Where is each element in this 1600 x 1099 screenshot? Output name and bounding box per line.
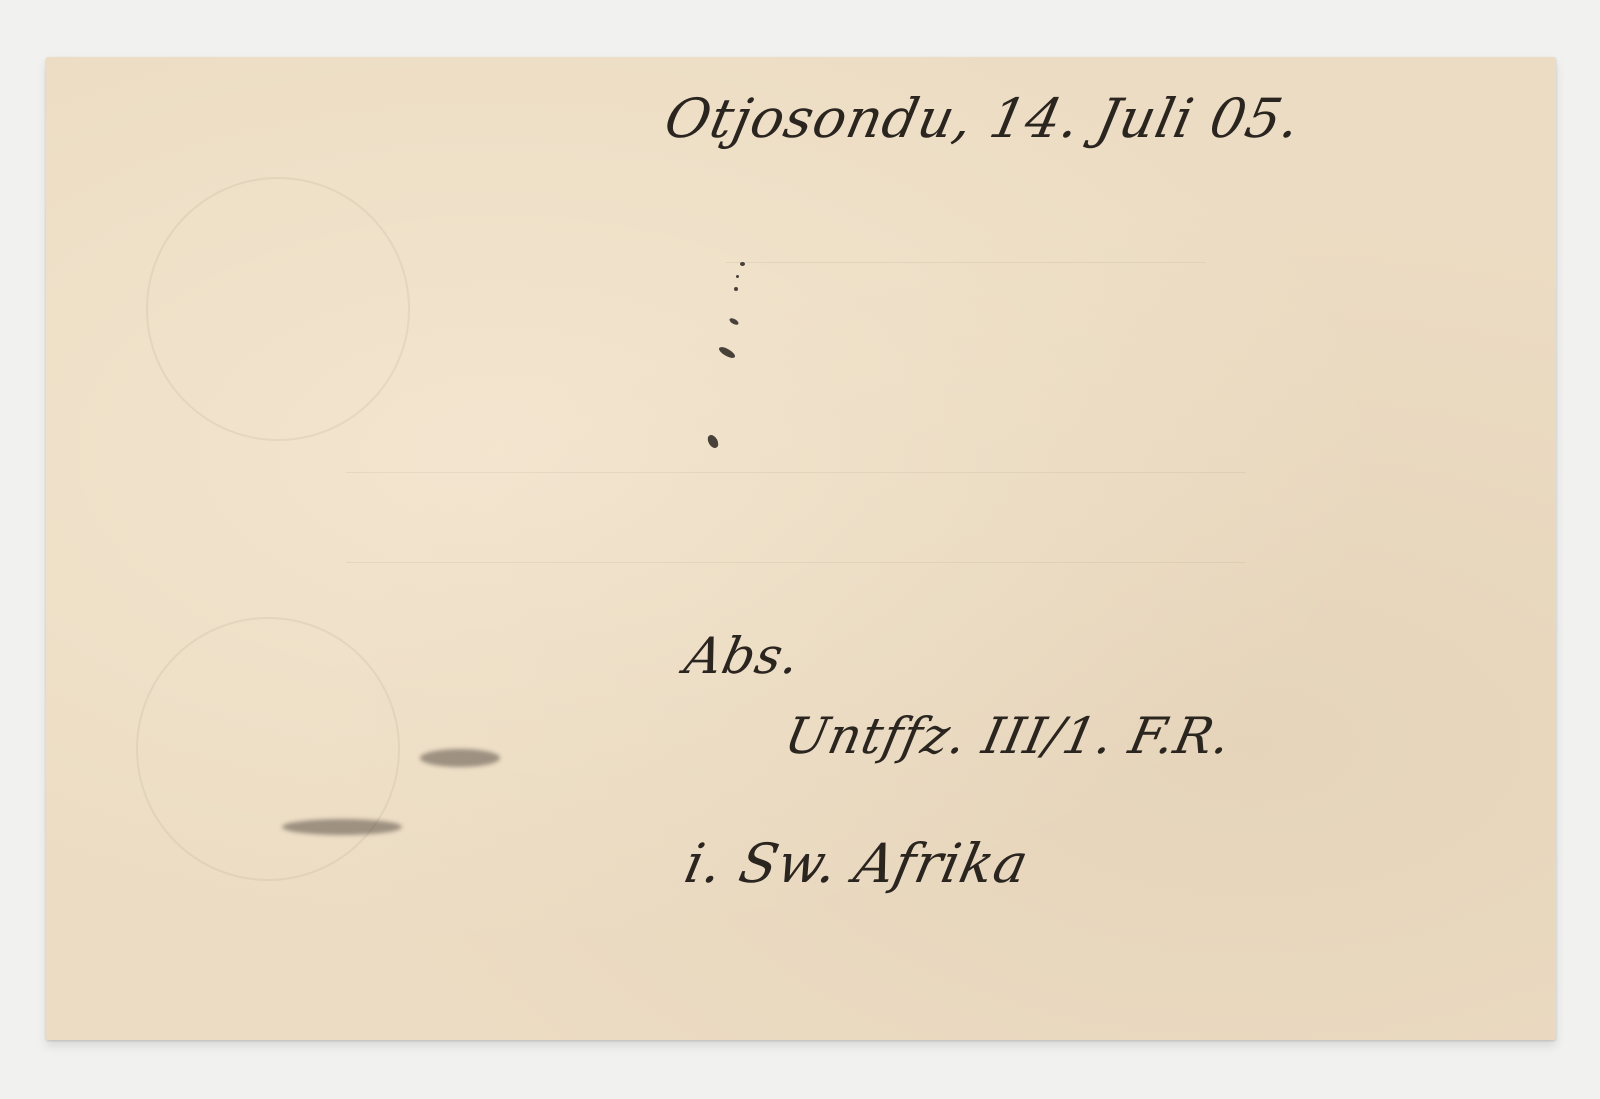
place-date: Otjosondu, 14. Juli 05. — [659, 87, 1306, 150]
sender-rank-unit: Untffz. III/1. F.R. — [780, 707, 1237, 765]
postcard: Otjosondu, 14. Juli 05. Abs. Untffz. III… — [46, 57, 1556, 1040]
faint-address-line — [346, 562, 1246, 563]
faint-address-line — [346, 472, 1246, 473]
faint-postmark — [136, 617, 400, 881]
smudge — [420, 749, 500, 767]
smudge — [282, 819, 402, 835]
sender-label: Abs. — [680, 627, 806, 685]
faint-address-line — [726, 262, 1206, 263]
faint-postmark — [146, 177, 410, 441]
sender-location: i. Sw. Afrika — [679, 832, 1034, 895]
